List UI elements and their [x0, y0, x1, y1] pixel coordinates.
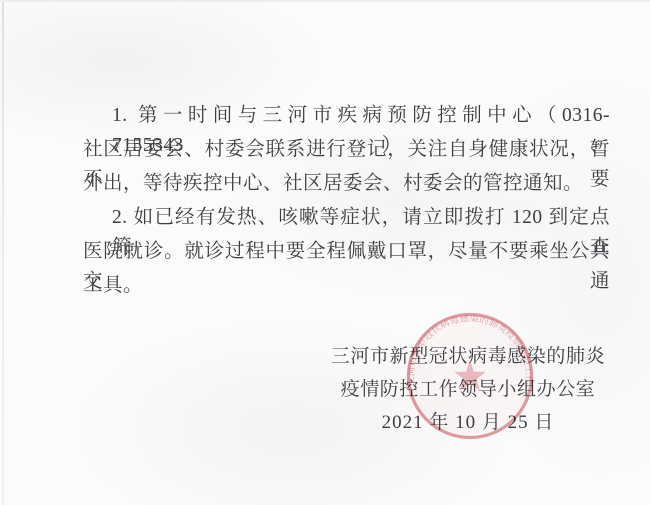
- body-text-line: 医院就诊。就诊过程中要全程佩戴口罩，尽量不要乘坐公共交通: [83, 237, 610, 271]
- body-text-line: 外出，等待疾控中心、社区居委会、村委会的管控通知。: [83, 169, 610, 203]
- signature-org-line2: 疫情防控工作领导小组办公室: [282, 374, 650, 401]
- signature-date: 2021 年 10 月 25 日: [282, 407, 650, 434]
- scan-edge-artifact: [0, 0, 650, 2]
- signature-org-line1: 三河市新型冠状病毒感染的肺炎: [282, 341, 650, 368]
- scan-edge-artifact: [2, 0, 4, 505]
- body-text-line: 社区居委会、村委会联系进行登记，关注自身健康状况，暂不要: [83, 135, 610, 169]
- scanned-document-page: 1. 第一时间与三河市疾病预防控制中心（0316-7155343）、 社区居委会…: [0, 0, 650, 505]
- body-text-line: 2. 如已经有发热、咳嗽等症状，请立即拨打 120 到定点筛查: [83, 203, 610, 237]
- body-text-line: 工具。: [83, 271, 610, 305]
- body-text-line: 1. 第一时间与三河市疾病预防控制中心（0316-7155343）、: [83, 101, 610, 135]
